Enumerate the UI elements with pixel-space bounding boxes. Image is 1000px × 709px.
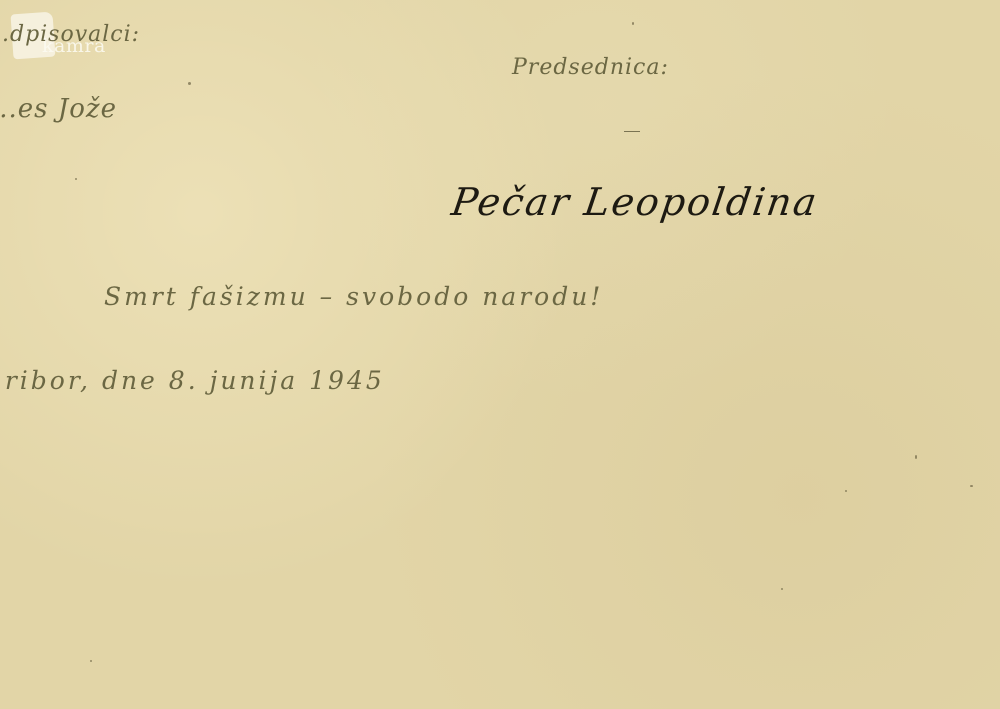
pencil-mark [624, 131, 640, 132]
paper-speck [781, 588, 783, 590]
paper-speck [632, 22, 634, 25]
paper-speck [75, 178, 77, 180]
signers-label: ...dpisovalci: [0, 22, 140, 47]
slogan: Smrt fašizmu – svobodo narodu! [104, 282, 603, 311]
place-date: ...ribor, dne 8. junija 1945 [0, 366, 385, 395]
chair-label: Predsednica: [512, 55, 669, 80]
paper-speck [90, 660, 92, 662]
chair-signature: Pečar Leopoldina [449, 180, 821, 224]
document-page: kamra ...dpisovalci: ...es Jože Predsedn… [0, 0, 1000, 709]
paper-speck [970, 485, 973, 487]
paper-speck [188, 82, 191, 85]
paper-speck [845, 490, 847, 492]
signer-name-partial: ...es Jože [0, 94, 117, 124]
paper-speck [915, 455, 917, 459]
